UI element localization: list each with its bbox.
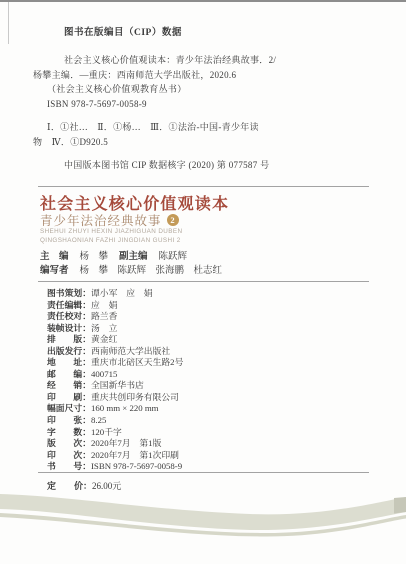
colophon-value: 2020年7月 第1版	[91, 438, 161, 448]
colophon-value: 2020年7月 第1次印刷	[91, 450, 179, 460]
colophon-value: 160 mm × 220 mm	[91, 403, 159, 413]
colophon-label: 地 址：	[47, 357, 91, 367]
cip-description-block: 社会主义核心价值观读本：青少年法治经典故事．2/ 杨攀主编．—重庆：西南师范大学…	[33, 53, 276, 111]
colophon-row: 图书策划：谭小军 应 娟	[47, 288, 183, 300]
colophon-row: 经 销：全国新华书店	[47, 380, 183, 392]
colophon-label: 出版发行：	[47, 346, 91, 356]
cip-line: （社会主义核心价值观教育丛书）	[33, 82, 276, 97]
colophon-value: 西南师范大学出版社	[91, 346, 170, 356]
editor-name: 陈跃辉	[159, 252, 188, 262]
colophon-value: 谭小军 应 娟	[91, 288, 153, 298]
colophon-label: 幅面尺寸：	[47, 403, 91, 413]
role-label: 编写者	[40, 266, 69, 276]
role-label: 副主编	[119, 252, 148, 262]
colophon-row: 邮 编：400715	[47, 369, 183, 381]
colophon-label: 版 次：	[47, 438, 91, 448]
colophon-row: 排 版：黄金红	[47, 334, 183, 346]
cip-isbn-line: ISBN 978-7-5697-0058-9	[33, 97, 276, 112]
writer-names: 杨 攀 陈跃辉 张海鹏 杜志红	[80, 266, 223, 276]
divider-line	[38, 186, 369, 187]
colophon-row: 责任校对：路兰香	[47, 311, 183, 323]
colophon-label: 排 版：	[47, 334, 91, 344]
scan-edge-left	[8, 2, 9, 44]
editor-name: 杨 攀	[80, 252, 109, 262]
cip-classification-block: Ⅰ．①社… Ⅱ．①杨… Ⅲ．①法治-中国-青少年读 物 Ⅳ．①D920.5	[33, 120, 259, 149]
colophon-value: 路兰香	[91, 311, 117, 321]
role-label: 主 编	[40, 252, 69, 262]
colophon-label: 邮 编：	[47, 369, 91, 379]
colophon-row: 装帧设计：汤 立	[47, 323, 183, 335]
cip-line: 社会主义核心价值观读本：青少年法治经典故事．2/	[33, 53, 276, 68]
pinyin-line: SHEHUI ZHUYI HEXIN JIAZHIGUAN DUBEN	[40, 228, 182, 237]
colophon-row: 印 张：8.25	[47, 415, 183, 427]
colophon-value: 黄金红	[91, 334, 117, 344]
colophon-value: 重庆市北碚区天生路2号	[91, 357, 183, 367]
cip-heading: 图书在版编目（CIP）数据	[64, 24, 182, 38]
colophon-label: 图书策划：	[47, 288, 91, 298]
copyright-page: 图书在版编目（CIP）数据 社会主义核心价值观读本：青少年法治经典故事．2/ 杨…	[0, 0, 406, 564]
colophon-label: 字 数：	[47, 427, 91, 437]
colophon-label: 装帧设计：	[47, 323, 91, 333]
colophon-value: ISBN 978-7-5697-0058-9	[91, 461, 182, 471]
colophon-row: 版 次：2020年7月 第1版	[47, 438, 183, 450]
writers-row: 编写者杨 攀 陈跃辉 张海鹏 杜志红	[40, 264, 233, 278]
colophon-value: 全国新华书店	[91, 380, 144, 390]
colophon-row: 印 次：2020年7月 第1次印刷	[47, 450, 183, 462]
colophon-label: 经 销：	[47, 380, 91, 390]
colophon-row: 字 数：120千字	[47, 427, 183, 439]
pinyin-line: QINGSHAONIAN FAZHI JINGDIAN GUSHI 2	[40, 237, 182, 246]
scan-edge-top	[0, 0, 406, 2]
colophon-row: 幅面尺寸：160 mm × 220 mm	[47, 403, 183, 415]
book-subtitle-row: 青少年法治经典故事 2	[40, 211, 179, 229]
colophon-value: 重庆共创印务有限公司	[91, 392, 179, 402]
divider-line	[38, 281, 369, 282]
volume-number-badge: 2	[167, 214, 179, 226]
colophon-value: 应 娟	[91, 300, 117, 310]
colophon-value: 8.25	[91, 415, 106, 425]
colophon-label: 责任校对：	[47, 311, 91, 321]
wave-decoration	[0, 486, 406, 564]
colophon-label: 书 号：	[47, 461, 91, 471]
colophon-row: 出版发行：西南师范大学出版社	[47, 346, 183, 358]
wave-band	[0, 494, 406, 530]
colophon-value: 400715	[91, 369, 117, 379]
chief-editor-row: 主 编杨 攀副主编陈跃辉	[40, 250, 233, 264]
cip-line: 物 Ⅳ．①D920.5	[33, 135, 259, 150]
colophon-row: 印 刷：重庆共创印务有限公司	[47, 392, 183, 404]
cip-line: Ⅰ．①社… Ⅱ．①杨… Ⅲ．①法治-中国-青少年读	[33, 120, 259, 135]
cip-record-number: 中国版本图书馆 CIP 数据核字 (2020) 第 077587 号	[64, 158, 269, 171]
colophon-value: 汤 立	[91, 323, 117, 333]
editors-block: 主 编杨 攀副主编陈跃辉 编写者杨 攀 陈跃辉 张海鹏 杜志红	[40, 250, 233, 279]
colophon-value: 120千字	[91, 427, 122, 437]
colophon-label: 责任编辑：	[47, 300, 91, 310]
wave-right-edge	[394, 497, 406, 514]
colophon-block: 图书策划：谭小军 应 娟 责任编辑：应 娟 责任校对：路兰香 装帧设计：汤 立 …	[47, 288, 183, 473]
book-subtitle: 青少年法治经典故事	[40, 211, 162, 229]
cip-line: 杨攀主编．—重庆：西南师范大学出版社，2020.6	[33, 68, 276, 83]
colophon-label: 印 次：	[47, 450, 91, 460]
colophon-row: 地 址：重庆市北碚区天生路2号	[47, 357, 183, 369]
divider-line	[38, 472, 369, 473]
title-pinyin: SHEHUI ZHUYI HEXIN JIAZHIGUAN DUBEN QING…	[40, 228, 182, 246]
colophon-label: 印 张：	[47, 415, 91, 425]
colophon-label: 印 刷：	[47, 392, 91, 402]
colophon-row: 责任编辑：应 娟	[47, 300, 183, 312]
